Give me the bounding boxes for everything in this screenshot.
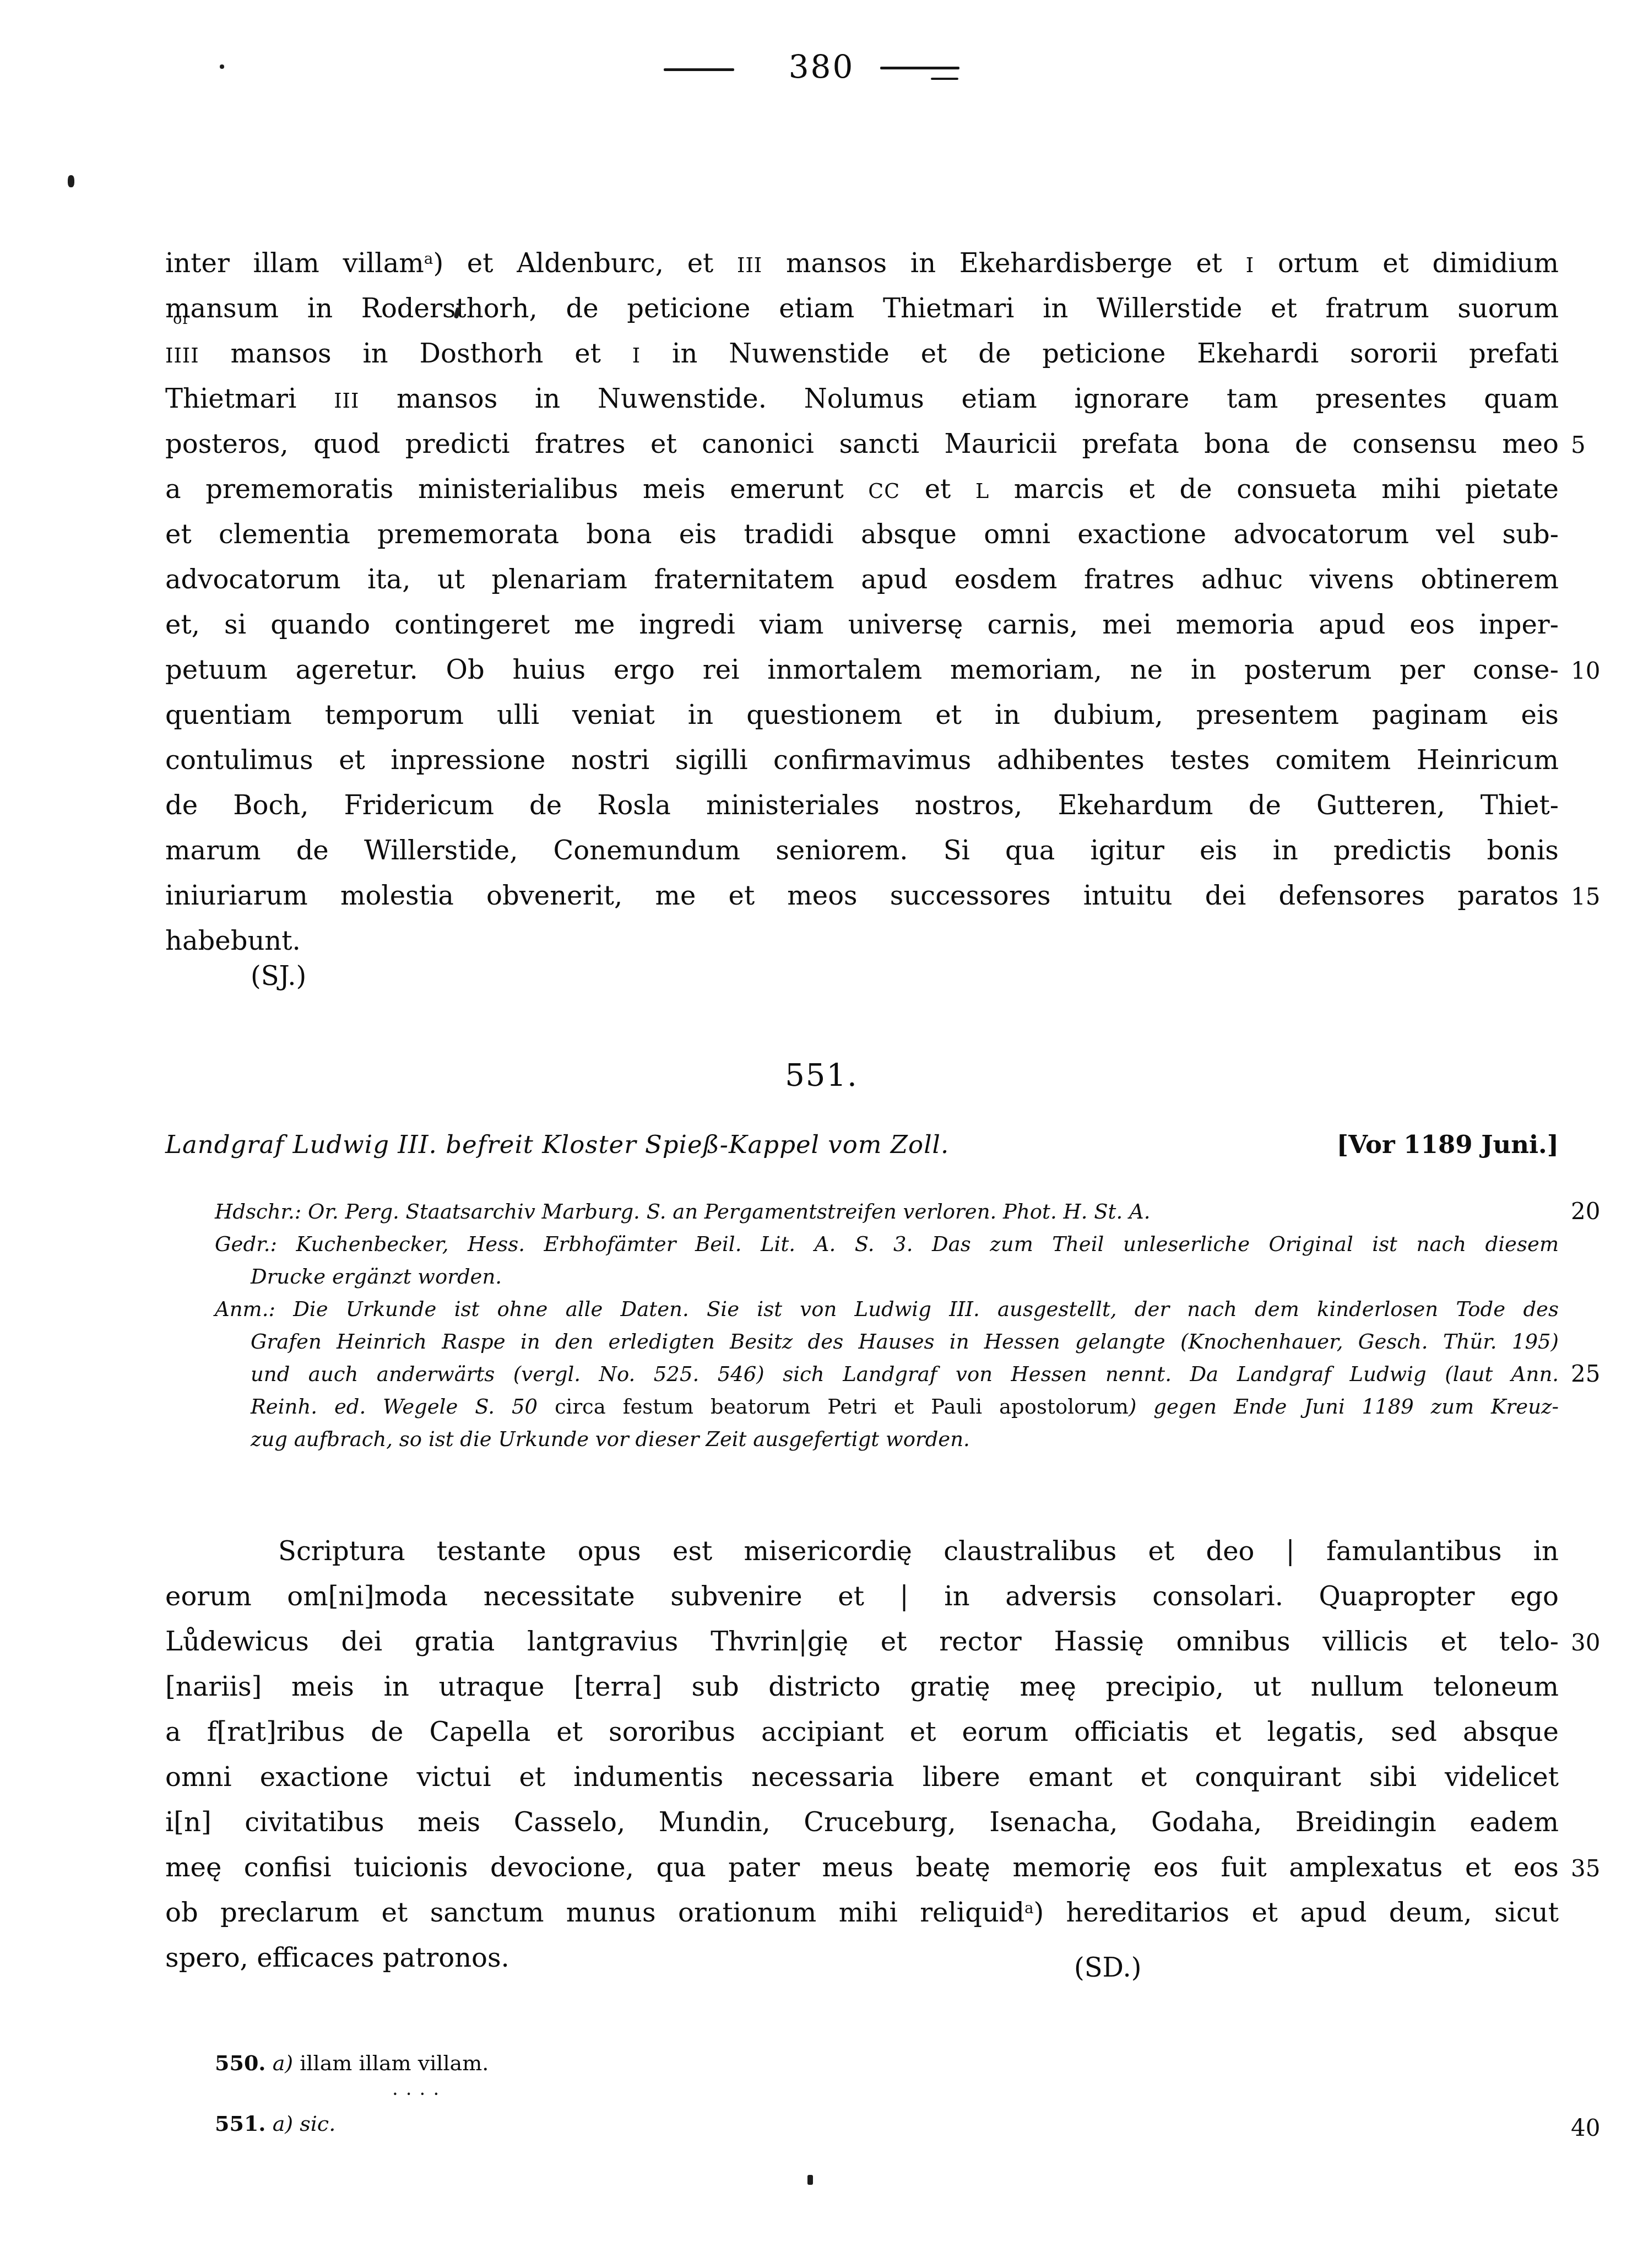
seal-note-sj: (SJ.) [251, 963, 306, 989]
text-line: et clementia prememorata bona eis tradid… [165, 512, 1559, 557]
text-line: IIII mansos in Dosthorh et I in Nuwensti… [165, 331, 1559, 376]
text-line: meę confisi tuicionis devocione, qua pat… [165, 1845, 1559, 1890]
text-line: Lůdewicus dei gratia lantgravius Thvrin|… [165, 1619, 1559, 1664]
margin-line-number: 10 [1571, 659, 1600, 683]
text-line: contulimus et inpressione nostri sigilli… [165, 738, 1559, 783]
ink-speck [68, 175, 74, 187]
charter-551-titlerow: Landgraf Ludwig III. befreit Kloster Spi… [165, 1128, 1559, 1161]
page-number: 380 [0, 51, 1643, 83]
margin-line-number: 40 [1571, 2117, 1600, 2140]
text-line: a f[rat]ribus de Capella et sororibus ac… [165, 1709, 1559, 1755]
margin-line-number: 5 [1571, 434, 1586, 457]
text-line: advocatorum ita, ut plenariam fraternita… [165, 557, 1559, 602]
apparatus-line: Reinh. ed. Wegele S. 50 circa festum bea… [215, 1390, 1559, 1423]
seal-note-sd: (SD.) [1074, 1955, 1141, 1981]
text-line: posteros, quod predicti fratres et canon… [165, 421, 1559, 467]
header-rule-left [664, 68, 734, 71]
text-line: habebunt. [165, 918, 1559, 964]
charter-551-number: 551. [0, 1060, 1643, 1091]
charter-551-title: Landgraf Ludwig III. befreit Kloster Spi… [165, 1130, 949, 1159]
text-line: Thietmari III mansos in Nuwenstide. Nolu… [165, 376, 1559, 421]
apparatus-line-gedr: Gedr.: Kuchenbecker, Hess. Erbhofämter B… [215, 1228, 1559, 1260]
text-line: spero, efficaces patronos. [165, 1935, 1559, 1980]
ink-speck [807, 2175, 813, 2185]
text-line: mansum in Rodersthorh, de peticione etia… [165, 286, 1559, 331]
margin-line-number: 35 [1571, 1857, 1600, 1880]
text-line: eorum om[ni]moda necessitate subvenire e… [165, 1574, 1559, 1619]
interlinear-gloss-or: or [173, 312, 190, 327]
charter-551-text: Scriptura testante opus est misericordię… [165, 1529, 1559, 1980]
header-rule-right [880, 67, 959, 69]
scanned-book-page: 380 inter illam villama) et Aldenburc, e… [0, 0, 1643, 2268]
margin-line-number: 15 [1571, 885, 1600, 908]
text-line: quentiam temporum ulli veniat in questio… [165, 692, 1559, 738]
charter-551-date: [Vor 1189 Juni.] [1337, 1128, 1559, 1161]
text-line: [nariis] meis in utraque [terra] sub dis… [165, 1664, 1559, 1709]
text-line: de Boch, Fridericum de Rosla ministerial… [165, 783, 1559, 828]
text-line: iniuriarum molestia obvenerit, me et meo… [165, 873, 1559, 918]
apparatus-line-hdschr: Hdschr.: Or. Perg. Staatsarchiv Marburg.… [215, 1195, 1559, 1228]
charter-550-text: inter illam villama) et Aldenburc, et II… [165, 241, 1559, 964]
apparatus-line: Drucke ergänzt worden. [215, 1260, 1559, 1293]
text-line: marum de Willerstide, Conemundum seniore… [165, 828, 1559, 873]
apparatus: Hdschr.: Or. Perg. Staatsarchiv Marburg.… [215, 1195, 1559, 1455]
text-line: inter illam villama) et Aldenburc, et II… [165, 241, 1559, 286]
footnote-550: 550. a) illam illam villam. [215, 2050, 489, 2076]
text-line: et, si quando contingeret me ingredi via… [165, 602, 1559, 647]
text-line: petuum ageretur. Ob huius ergo rei inmor… [165, 647, 1559, 692]
header-rule-right-sub [931, 78, 958, 80]
apparatus-line: und auch anderwärts (vergl. No. 525. 546… [215, 1358, 1559, 1390]
margin-line-number: 25 [1571, 1362, 1600, 1385]
expunction-dots: ···· [392, 2083, 447, 2105]
text-line: omni exactione victui et indumentis nece… [165, 1755, 1559, 1800]
apparatus-line: Grafen Heinrich Raspe in den erledigten … [215, 1325, 1559, 1358]
text-line: ob preclarum et sanctum munus orationum … [165, 1890, 1559, 1935]
ink-speck [220, 64, 224, 69]
apparatus-line-anm: Anm.: Die Urkunde ist ohne alle Daten. S… [215, 1293, 1559, 1325]
footnote-551: 551. a) sic. [215, 2111, 335, 2136]
apparatus-line: zug aufbrach, so ist die Urkunde vor die… [215, 1423, 1559, 1455]
margin-line-number: 20 [1571, 1200, 1600, 1223]
text-line: Scriptura testante opus est misericordię… [165, 1529, 1559, 1574]
margin-line-number: 30 [1571, 1631, 1600, 1654]
text-line: i[n] civitatibus meis Casselo, Mundin, C… [165, 1800, 1559, 1845]
text-line: a prememoratis ministerialibus meis emer… [165, 467, 1559, 512]
